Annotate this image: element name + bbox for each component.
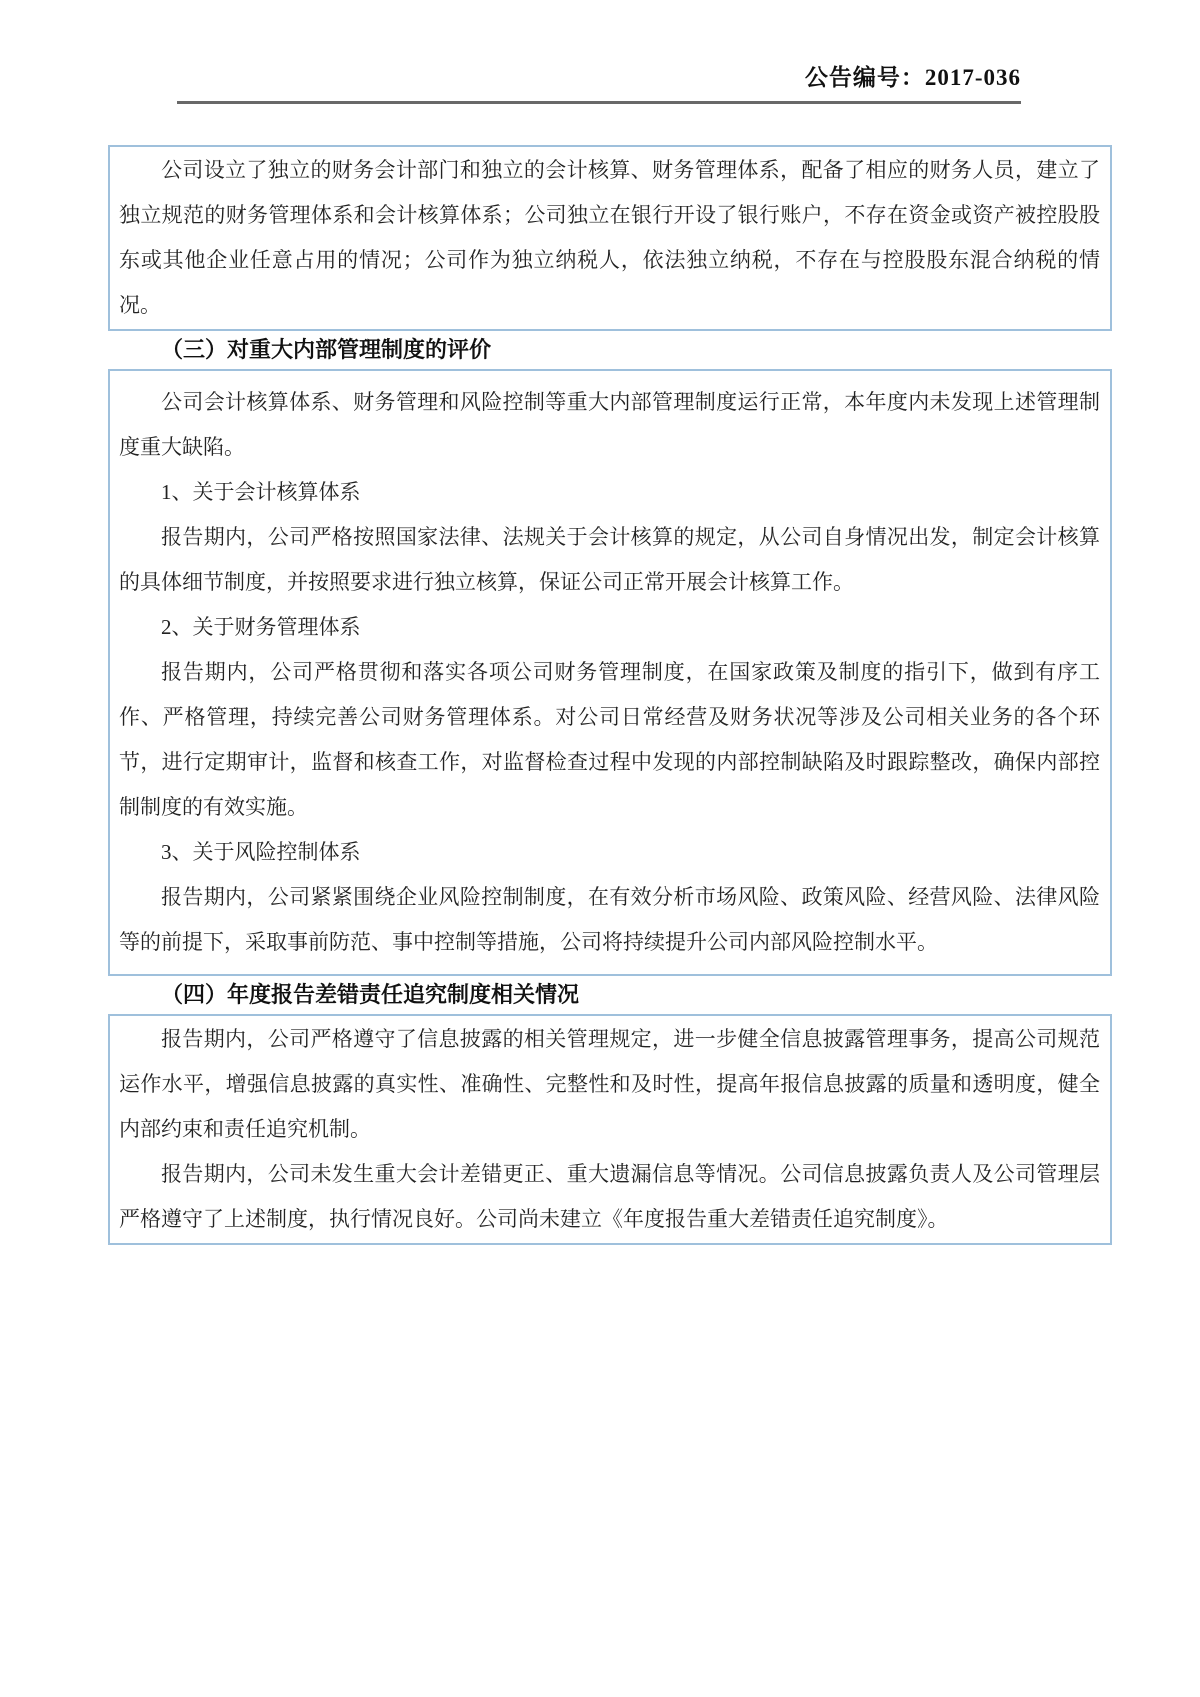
heading-section-4: （四）年度报告差错责任追究制度相关情况 [108, 978, 1112, 1012]
paragraph-risk-control: 报告期内，公司紧紧围绕企业风险控制制度，在有效分析市场风险、政策风险、经营风险、… [119, 875, 1100, 965]
box-internal-management-evaluation: 公司会计核算体系、财务管理和风险控制等重大内部管理制度运行正常，本年度内未发现上… [108, 369, 1112, 976]
paragraph-independence: 公司设立了独立的财务会计部门和独立的会计核算、财务管理体系，配备了相应的财务人员… [119, 148, 1100, 328]
paragraph-accounting-summary: 公司会计核算体系、财务管理和风险控制等重大内部管理制度运行正常，本年度内未发现上… [119, 380, 1100, 470]
box-error-accountability: 报告期内，公司严格遵守了信息披露的相关管理规定，进一步健全信息披露管理事务，提高… [108, 1014, 1112, 1245]
paragraph-no-major-errors: 报告期内，公司未发生重大会计差错更正、重大遗漏信息等情况。公司信息披露负责人及公… [119, 1152, 1100, 1242]
page-header: 公告编号：2017-036 [0, 0, 1021, 93]
paragraph-disclosure-management: 报告期内，公司严格遵守了信息披露的相关管理规定，进一步健全信息披露管理事务，提高… [119, 1017, 1100, 1152]
subheading-financial-management: 2、关于财务管理体系 [119, 605, 1100, 650]
box-financial-independence: 公司设立了独立的财务会计部门和独立的会计核算、财务管理体系，配备了相应的财务人员… [108, 145, 1112, 331]
header-divider [177, 101, 1021, 104]
document-page: 公告编号：2017-036 公司设立了独立的财务会计部门和独立的会计核算、财务管… [0, 0, 1200, 1697]
subheading-risk-control: 3、关于风险控制体系 [119, 830, 1100, 875]
document-body: 公司设立了独立的财务会计部门和独立的会计核算、财务管理体系，配备了相应的财务人员… [108, 145, 1112, 1245]
paragraph-financial-management: 报告期内，公司严格贯彻和落实各项公司财务管理制度，在国家政策及制度的指引下，做到… [119, 650, 1100, 830]
announcement-number: 公告编号：2017-036 [805, 65, 1021, 90]
subheading-accounting-system: 1、关于会计核算体系 [119, 470, 1100, 515]
heading-section-3: （三）对重大内部管理制度的评价 [108, 333, 1112, 367]
paragraph-accounting-system: 报告期内，公司严格按照国家法律、法规关于会计核算的规定，从公司自身情况出发，制定… [119, 515, 1100, 605]
